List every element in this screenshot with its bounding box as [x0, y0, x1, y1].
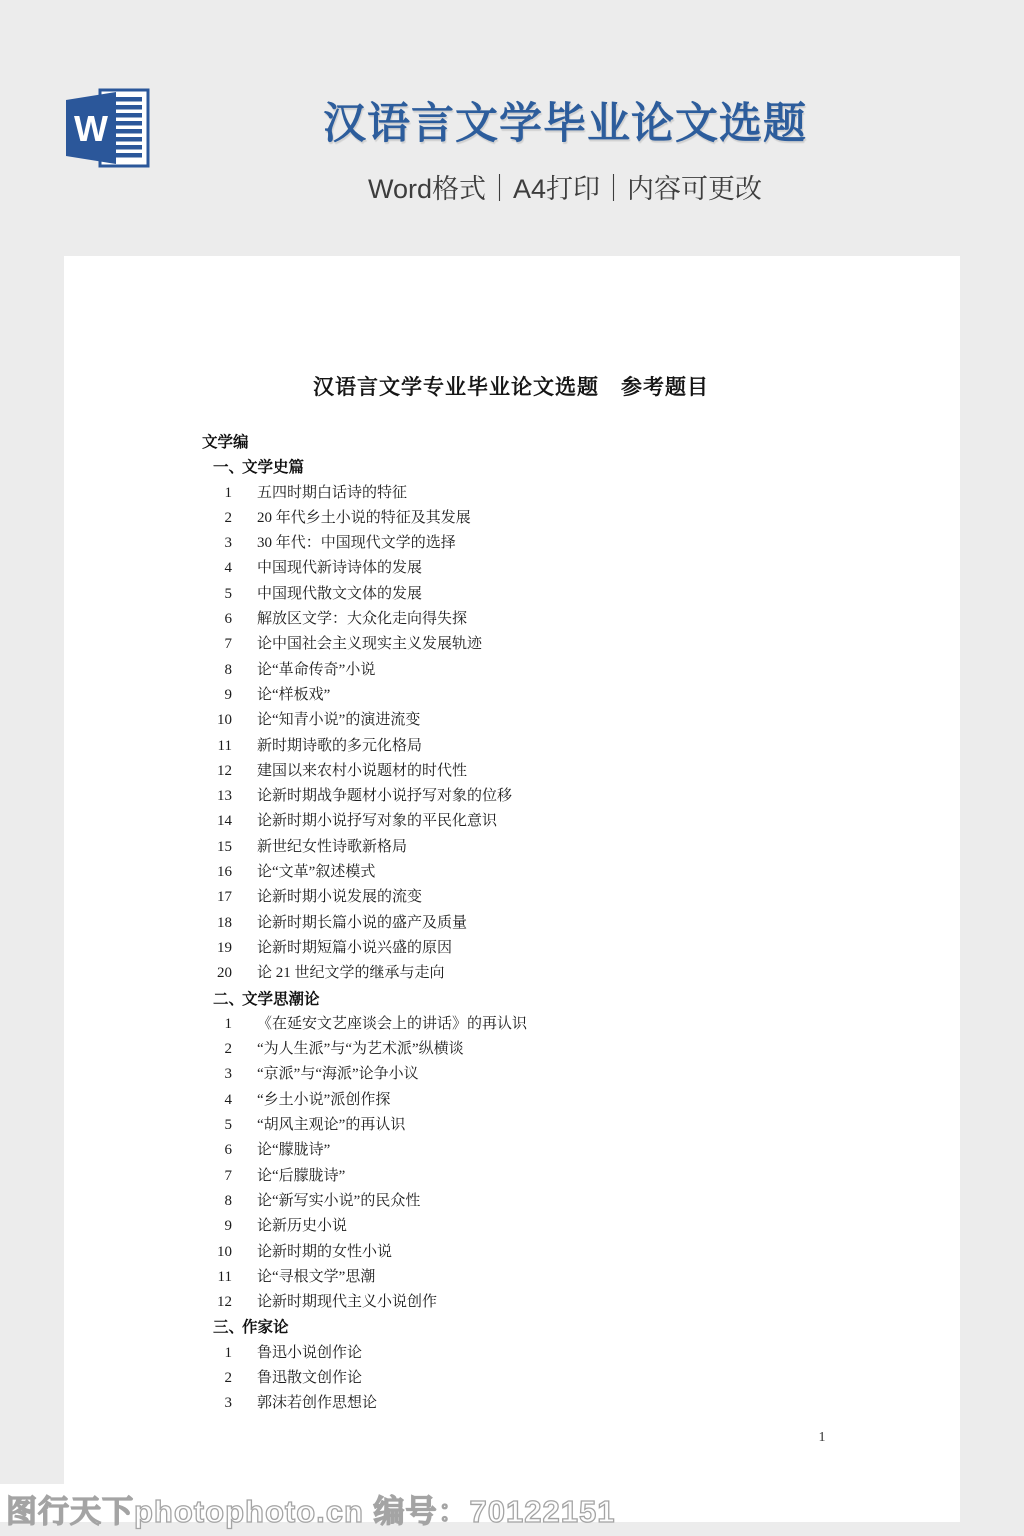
topic-item: 4“乡土小说”派创作探	[202, 1088, 820, 1113]
topic-item: 3郭沫若创作思想论	[202, 1391, 820, 1416]
topic-number: 13	[202, 784, 232, 809]
topic-number: 18	[202, 911, 232, 936]
topic-text: 论“寻根文学”思潮	[257, 1265, 375, 1290]
topic-number: 16	[202, 860, 232, 885]
topic-number: 1	[202, 481, 232, 506]
topic-item: 5“胡风主观论”的再认识	[202, 1113, 820, 1138]
topic-text: 论“样板戏”	[257, 683, 330, 708]
topic-number: 3	[202, 531, 232, 556]
topic-text: 论新时期长篇小说的盛产及质量	[257, 911, 467, 936]
topic-text: 30 年代：中国现代文学的选择	[257, 531, 456, 556]
topic-number: 2	[202, 1366, 232, 1391]
topic-text: 论“文革”叙述模式	[257, 860, 375, 885]
topic-text: 论新时期的女性小说	[257, 1240, 392, 1265]
topic-number: 6	[202, 1138, 232, 1163]
topic-item: 1鲁迅小说创作论	[202, 1341, 820, 1366]
topic-item: 1五四时期白话诗的特征	[202, 481, 820, 506]
topic-text: 论新时期现代主义小说创作	[257, 1290, 437, 1315]
topic-item: 16论“文革”叙述模式	[202, 860, 820, 885]
topic-item: 17论新时期小说发展的流变	[202, 885, 820, 910]
topic-text: 新时期诗歌的多元化格局	[257, 734, 422, 759]
topic-item: 7论“后朦胧诗”	[202, 1164, 820, 1189]
topic-number: 5	[202, 1113, 232, 1138]
topic-list: 一、文学史篇1五四时期白话诗的特征220 年代乡土小说的特征及其发展330 年代…	[202, 455, 820, 1416]
topic-item: 20论 21 世纪文学的继承与走向	[202, 961, 820, 986]
topic-item: 9论新历史小说	[202, 1214, 820, 1239]
topic-text: 解放区文学：大众化走向得失探	[257, 607, 467, 632]
topic-item: 2鲁迅散文创作论	[202, 1366, 820, 1391]
topic-text: 论“朦胧诗”	[257, 1138, 330, 1163]
topic-text: 鲁迅散文创作论	[257, 1366, 362, 1391]
topic-number: 11	[202, 734, 232, 759]
topic-item: 12论新时期现代主义小说创作	[202, 1290, 820, 1315]
topic-text: 20 年代乡土小说的特征及其发展	[257, 506, 471, 531]
section-numeral: 三、	[202, 1315, 242, 1340]
topic-number: 8	[202, 658, 232, 683]
section-label: 文学思潮论	[242, 987, 320, 1012]
topic-number: 1	[202, 1341, 232, 1366]
topic-text: 论“革命传奇”小说	[257, 658, 375, 683]
word-icon-letter: W	[74, 108, 108, 149]
topic-number: 6	[202, 607, 232, 632]
topic-number: 10	[202, 1240, 232, 1265]
topic-text: 论新时期小说抒写对象的平民化意识	[257, 809, 497, 834]
topic-item: 9论“样板戏”	[202, 683, 820, 708]
topic-text: 论新历史小说	[257, 1214, 347, 1239]
topic-text: 中国现代新诗诗体的发展	[257, 556, 422, 581]
topic-number: 9	[202, 1214, 232, 1239]
section-heading: 一、文学史篇	[202, 455, 820, 480]
section-numeral: 二、	[202, 987, 242, 1012]
topic-number: 2	[202, 1037, 232, 1062]
banner-text: 汉语言文学毕业论文选题 Word格式｜A4打印｜内容可更改	[320, 90, 810, 206]
topic-number: 1	[202, 1012, 232, 1037]
topic-text: 新世纪女性诗歌新格局	[257, 835, 407, 860]
topic-item: 1《在延安文艺座谈会上的讲话》的再认识	[202, 1012, 820, 1037]
topic-item: 2“为人生派”与“为艺术派”纵横谈	[202, 1037, 820, 1062]
topic-item: 18论新时期长篇小说的盛产及质量	[202, 911, 820, 936]
topic-text: “乡土小说”派创作探	[257, 1088, 390, 1113]
topic-number: 12	[202, 1290, 232, 1315]
topic-text: “为人生派”与“为艺术派”纵横谈	[257, 1037, 464, 1062]
topic-item: 19论新时期短篇小说兴盛的原因	[202, 936, 820, 961]
topic-item: 8论“新写实小说”的民众性	[202, 1189, 820, 1214]
topic-text: 论“后朦胧诗”	[257, 1164, 345, 1189]
topic-text: “京派”与“海派”论争小议	[257, 1062, 419, 1087]
topic-item: 14论新时期小说抒写对象的平民化意识	[202, 809, 820, 834]
topic-text: “胡风主观论”的再认识	[257, 1113, 405, 1138]
banner-title: 汉语言文学毕业论文选题	[320, 90, 810, 151]
topic-number: 3	[202, 1062, 232, 1087]
topic-text: 论新时期短篇小说兴盛的原因	[257, 936, 452, 961]
topic-text: 论“知青小说”的演进流变	[257, 708, 420, 733]
topic-item: 5中国现代散文文体的发展	[202, 582, 820, 607]
topic-number: 15	[202, 835, 232, 860]
topic-item: 6解放区文学：大众化走向得失探	[202, 607, 820, 632]
topic-item: 11新时期诗歌的多元化格局	[202, 734, 820, 759]
topic-item: 13论新时期战争题材小说抒写对象的位移	[202, 784, 820, 809]
topic-item: 220 年代乡土小说的特征及其发展	[202, 506, 820, 531]
document-page: 汉语言文学专业毕业论文选题 参考题目 文学编 一、文学史篇1五四时期白话诗的特征…	[64, 256, 960, 1522]
section-numeral: 一、	[202, 455, 242, 480]
section-label: 文学史篇	[242, 455, 304, 480]
topic-number: 3	[202, 1391, 232, 1416]
topic-text: 论“新写实小说”的民众性	[257, 1189, 420, 1214]
topic-number: 9	[202, 683, 232, 708]
word-icon: W	[58, 80, 154, 176]
topic-item: 12建国以来农村小说题材的时代性	[202, 759, 820, 784]
topic-text: 《在延安文艺座谈会上的讲话》的再认识	[257, 1012, 527, 1037]
topic-number: 5	[202, 582, 232, 607]
topic-number: 7	[202, 1164, 232, 1189]
topic-number: 11	[202, 1265, 232, 1290]
topic-item: 10论新时期的女性小说	[202, 1240, 820, 1265]
topic-text: 建国以来农村小说题材的时代性	[257, 759, 467, 784]
topic-item: 15新世纪女性诗歌新格局	[202, 835, 820, 860]
topic-item: 6论“朦胧诗”	[202, 1138, 820, 1163]
topic-number: 14	[202, 809, 232, 834]
topic-number: 7	[202, 632, 232, 657]
topic-number: 17	[202, 885, 232, 910]
topic-number: 19	[202, 936, 232, 961]
topic-item: 10论“知青小说”的演进流变	[202, 708, 820, 733]
topic-number: 8	[202, 1189, 232, 1214]
banner-subtitle: Word格式｜A4打印｜内容可更改	[320, 167, 810, 206]
topic-item: 330 年代：中国现代文学的选择	[202, 531, 820, 556]
part-heading: 文学编	[202, 430, 820, 455]
section-heading: 二、文学思潮论	[202, 987, 820, 1012]
topic-text: 论新时期小说发展的流变	[257, 885, 422, 910]
topic-number: 20	[202, 961, 232, 986]
topic-text: 郭沫若创作思想论	[257, 1391, 377, 1416]
topic-text: 论中国社会主义现实主义发展轨迹	[257, 632, 482, 657]
topic-number: 4	[202, 556, 232, 581]
topic-number: 10	[202, 708, 232, 733]
topic-item: 7论中国社会主义现实主义发展轨迹	[202, 632, 820, 657]
section-heading: 三、作家论	[202, 1315, 820, 1340]
topic-text: 论 21 世纪文学的继承与走向	[257, 961, 445, 986]
topic-text: 论新时期战争题材小说抒写对象的位移	[257, 784, 512, 809]
topic-number: 2	[202, 506, 232, 531]
topic-item: 4中国现代新诗诗体的发展	[202, 556, 820, 581]
page-number: 1	[812, 1430, 832, 1446]
topic-item: 11论“寻根文学”思潮	[202, 1265, 820, 1290]
topic-text: 鲁迅小说创作论	[257, 1341, 362, 1366]
topic-number: 12	[202, 759, 232, 784]
banner: W 汉语言文学毕业论文选题 Word格式｜A4打印｜内容可更改	[0, 0, 1024, 256]
topic-number: 4	[202, 1088, 232, 1113]
topic-text: 中国现代散文文体的发展	[257, 582, 422, 607]
document-title: 汉语言文学专业毕业论文选题 参考题目	[202, 372, 820, 403]
document-content: 汉语言文学专业毕业论文选题 参考题目 文学编 一、文学史篇1五四时期白话诗的特征…	[202, 256, 820, 1417]
watermark-text: 图行天下photophoto.cn 编号：70122151	[6, 1486, 615, 1531]
topic-item: 8论“革命传奇”小说	[202, 658, 820, 683]
topic-item: 3“京派”与“海派”论争小议	[202, 1062, 820, 1087]
section-label: 作家论	[242, 1315, 289, 1340]
topic-text: 五四时期白话诗的特征	[257, 481, 407, 506]
